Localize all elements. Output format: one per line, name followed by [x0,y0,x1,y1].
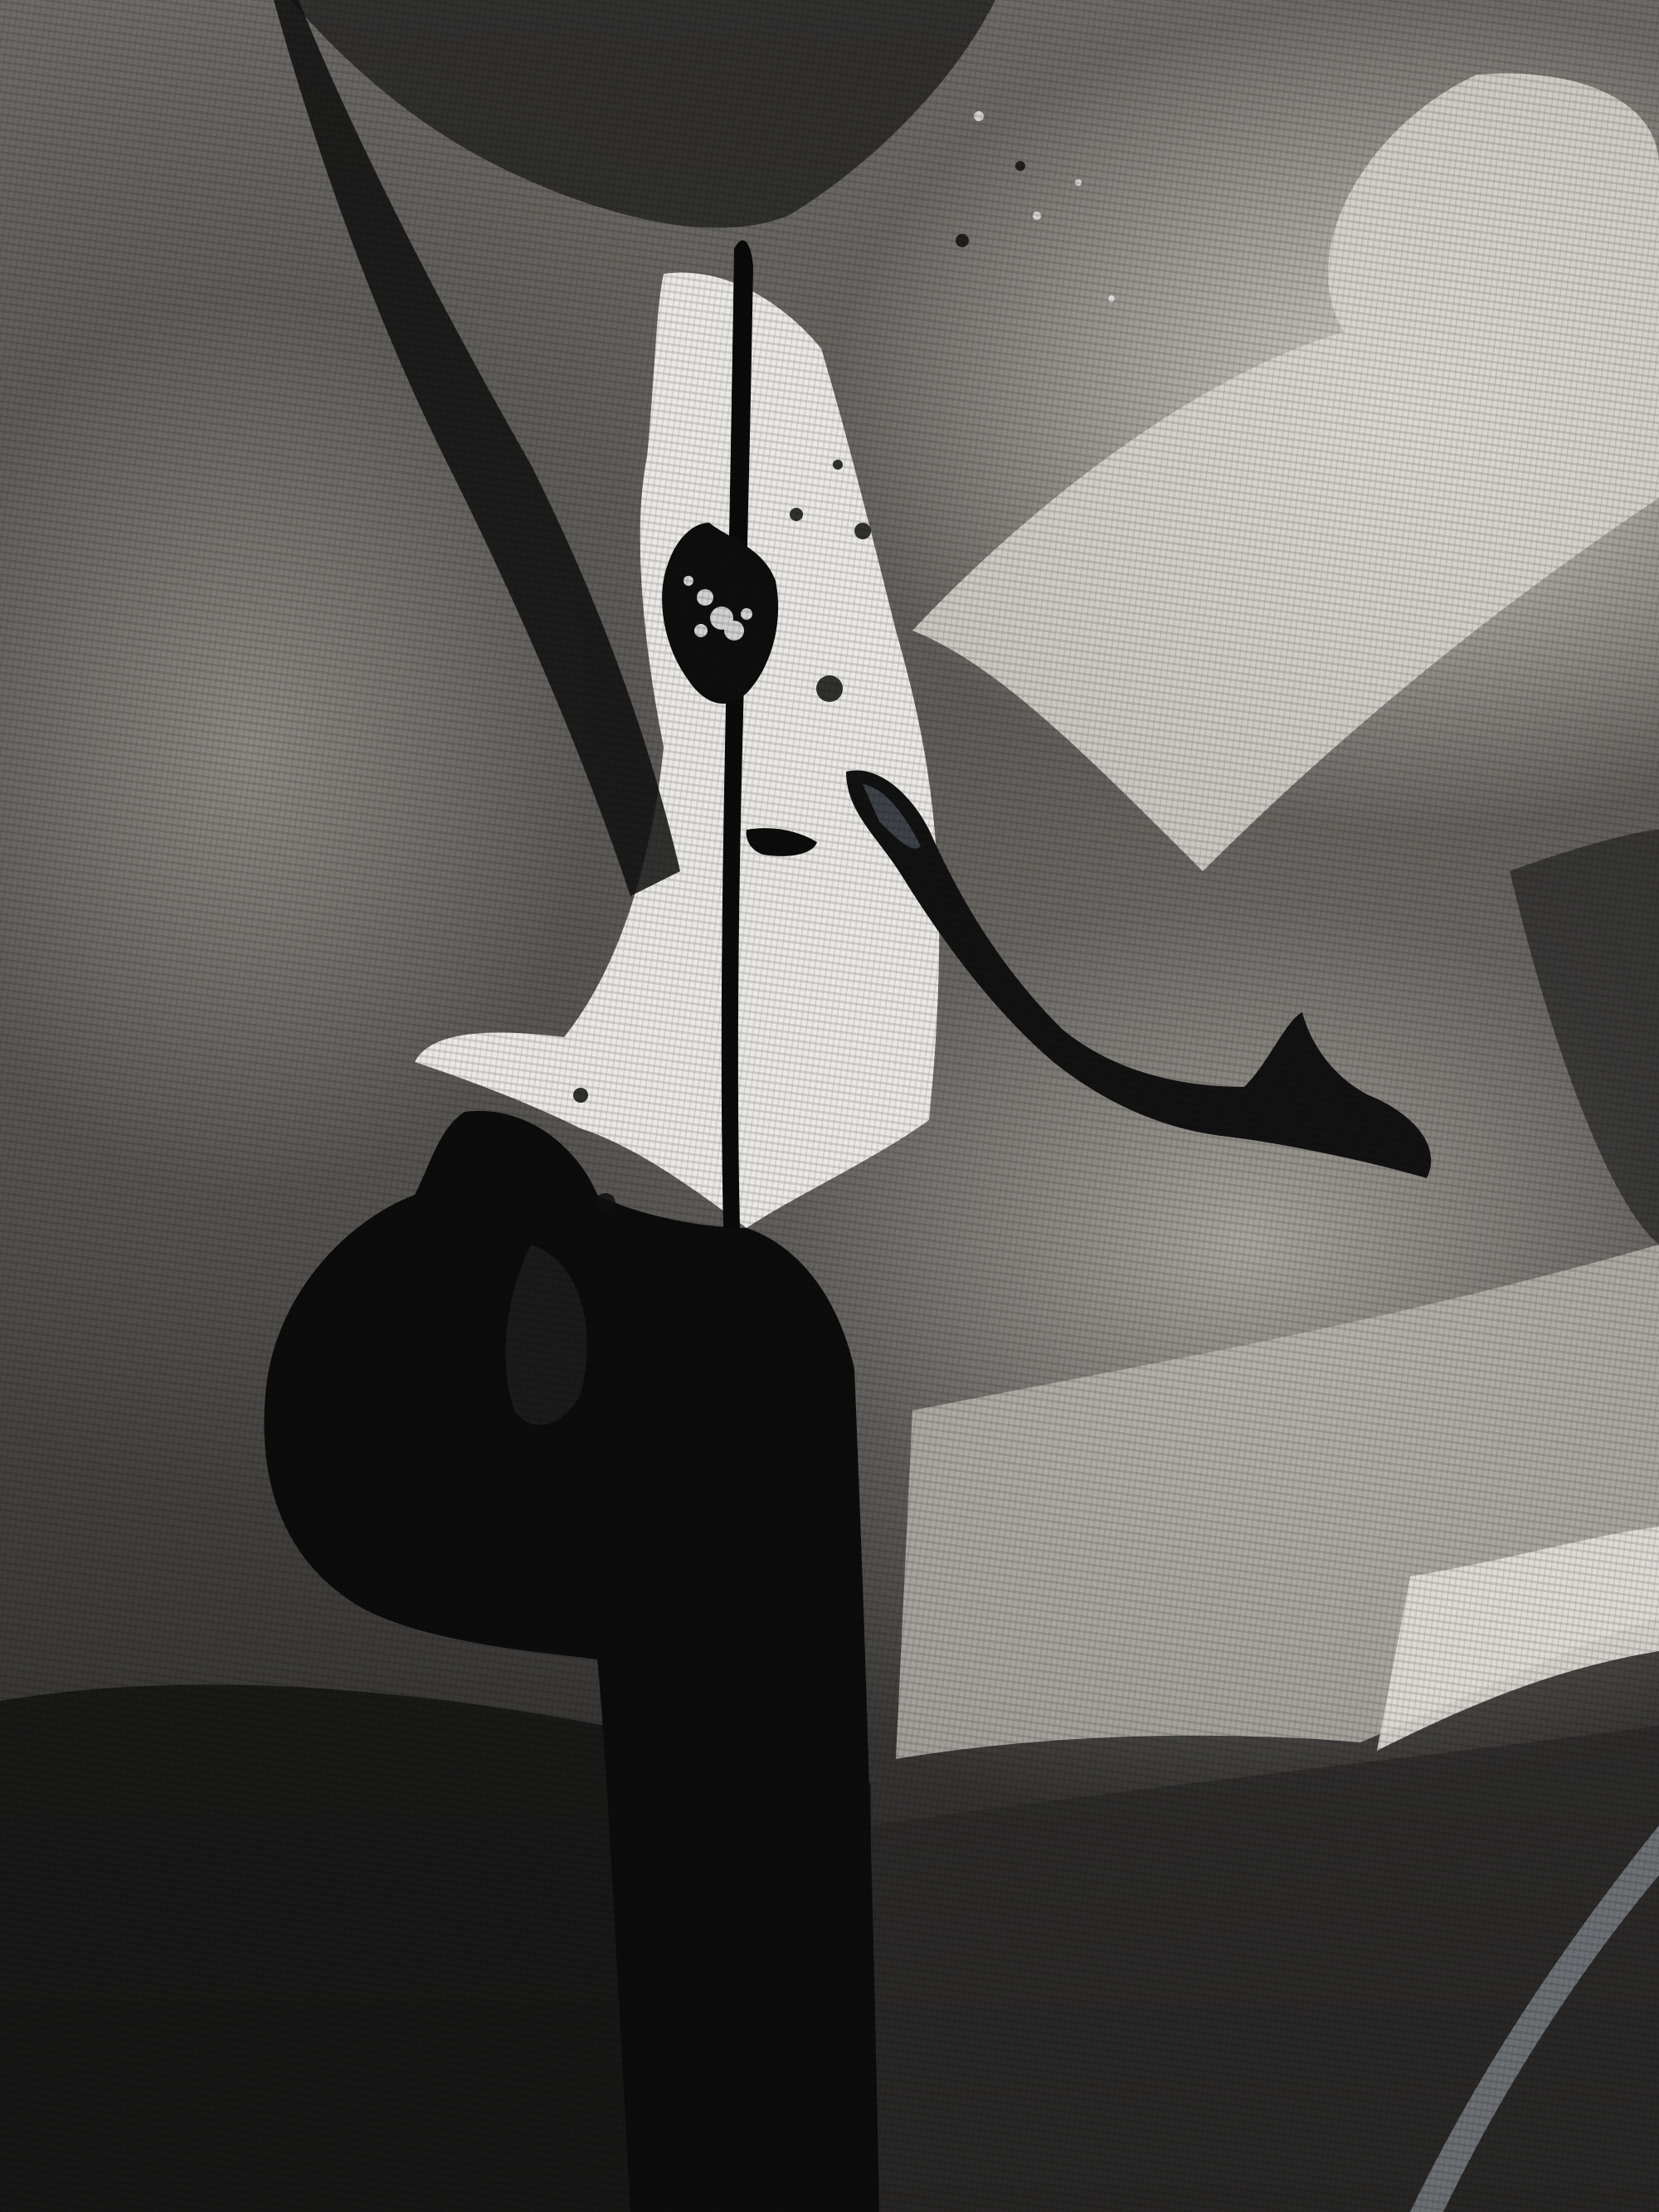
painting-canvas [0,0,1659,2212]
canvas-texture [0,0,1659,2212]
